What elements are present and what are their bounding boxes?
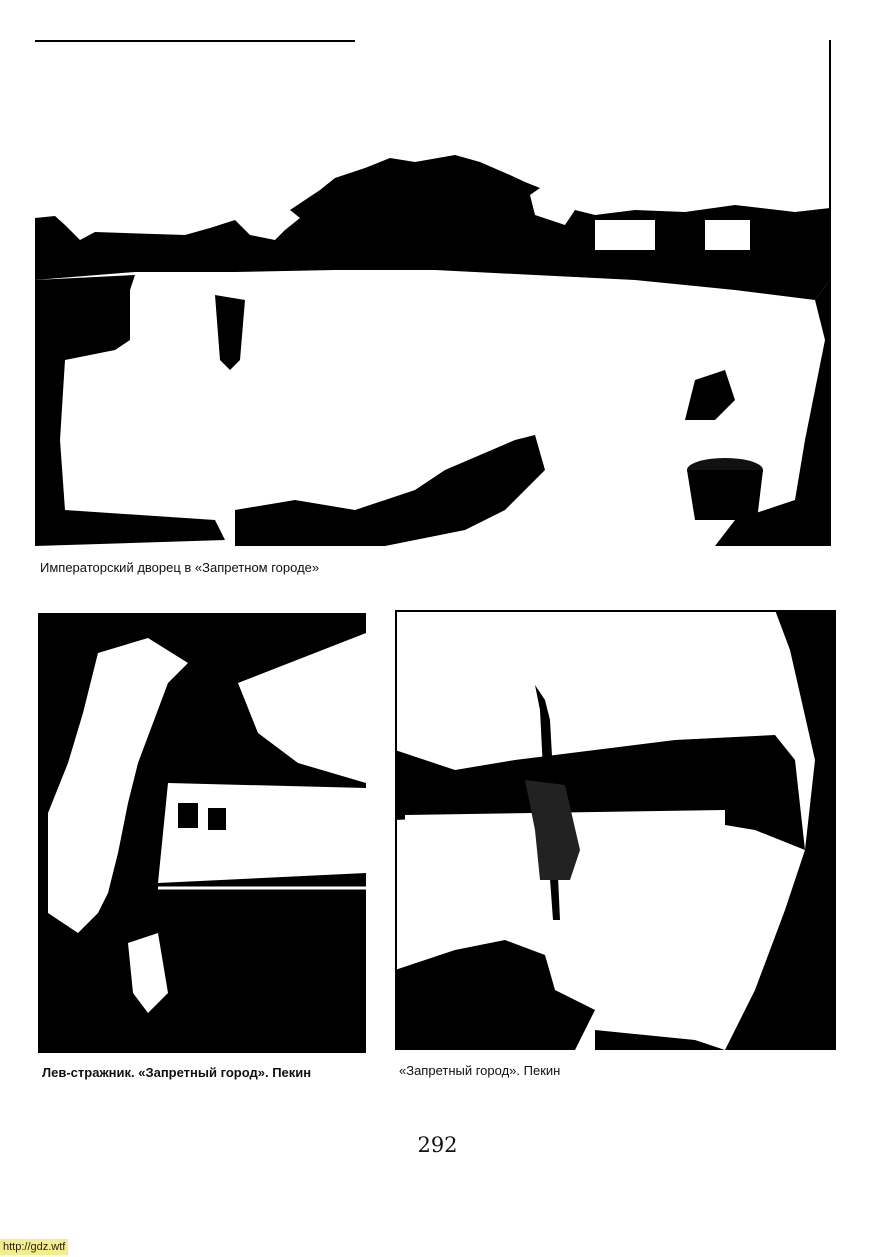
photo-guardian-lion (38, 613, 366, 1053)
photo-forbidden-city-crane (395, 610, 836, 1050)
caption-imperial-palace: Императорский дворец в «Запретном городе… (40, 560, 319, 575)
caption-guardian-lion: Лев-стражник. «Запретный город». Пекин (42, 1065, 311, 1080)
caption-forbidden-city-crane: «Запретный город». Пекин (399, 1063, 560, 1078)
page-number: 292 (0, 1133, 875, 1157)
palace-image (35, 40, 833, 546)
crane-image (395, 610, 836, 1050)
watermark-link[interactable]: http://gdz.wtf (0, 1239, 68, 1255)
photo-imperial-palace (35, 40, 833, 546)
lion-image (38, 613, 366, 1053)
